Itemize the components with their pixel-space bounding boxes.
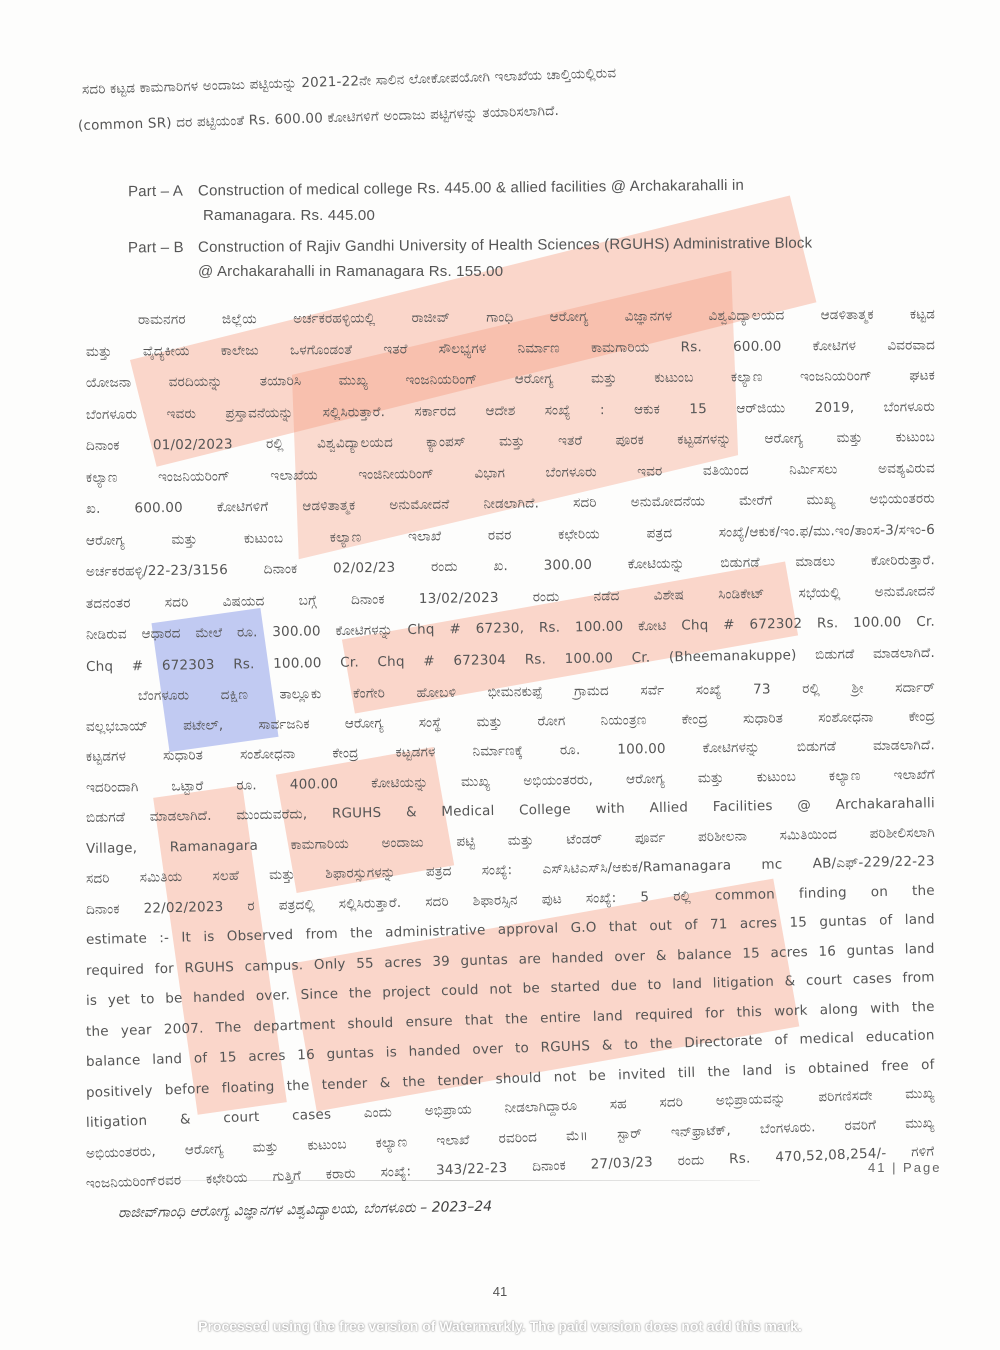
paragraph-line-text: ಮತ್ತು ವೈದ್ಯಕೀಯ ಕಾಲೇಜು ಒಳಗೊಂಡಂತೆ ಇತರೆ ಸೌಲ…: [86, 337, 935, 360]
paragraph-line: ದಿನಾಂಕ 01/02/2023 ರಲ್ಲಿ ವಿಶ್ವವಿದ್ಯಾಲಯದ ಕ…: [86, 429, 935, 454]
paragraph-line-text: ಬಿಡುಗಡೆ ಮಾಡಲಾಗಿದೆ. ಮುಂದುವರೆದು, RGUHS & M…: [86, 795, 935, 826]
page-reference: 41 | Page: [868, 1160, 941, 1175]
paragraph-line: ಕಟ್ಟಡಗಳ ಸುಧಾರಿತ ಸಂಶೋಧನಾ ಕೇಂದ್ರ ಕಟ್ಟಡಗಳ ನ…: [86, 737, 935, 765]
paragraph-line-text: Village, Ramanagara ಕಾಮಗಾರಿಯ ಅಂದಾಜು ಪಟ್ಟ…: [86, 824, 935, 856]
part-b-label: Part – B: [128, 239, 198, 256]
paragraph-line: ಕಲ್ಯಾಣ ಇಂಜನಿಯರಿಂಗ್ ಇಲಾಖೆಯ ಇಂಜಿನೀಯರಿಂಗ್ ವ…: [86, 460, 935, 486]
paragraph-line: ಅರ್ಚಕರಹಳ್ಳಿ/22-23/3156 ದಿನಾಂಕ 02/02/23 ರ…: [86, 552, 935, 580]
paragraph-line-text: ಅರ್ಚಕರಹಳ್ಳಿ/22-23/3156 ದಿನಾಂಕ 02/02/23 ರ…: [86, 552, 935, 580]
paragraph-line-text: ನೀಡಿರುವ ಆಧಾರದ ಮೇಲೆ ರೂ. 300.00 ಕೋಟಿಗಳನ್ನು…: [86, 614, 935, 643]
paragraph-line-text: Chq # 672303 Rs. 100.00 Cr. Chq # 672304…: [86, 644, 935, 674]
paragraph-line-text: ಕಲ್ಯಾಣ ಇಂಜನಿಯರಿಂಗ್ ಇಲಾಖೆಯ ಇಂಜಿನೀಯರಿಂಗ್ ವ…: [86, 460, 935, 486]
intro-line-1: ಸದರಿ ಕಟ್ಟಡ ಕಾಮಗಾರಿಗಳ ಅಂದಾಜು ಪಟ್ಟಿಯನ್ನು 2…: [82, 65, 617, 98]
paragraph-line: ರಾಮನಗರ ಜಿಲ್ಲೆಯ ಅರ್ಚಕರಹಳ್ಳಿಯಲ್ಲಿ ರಾಜೀವ್ ಗ…: [138, 306, 935, 328]
paragraph-line: ಆರೋಗ್ಯ ಮತ್ತು ಕುಟುಂಬ ಕಲ್ಯಾಣ ಇಲಾಖೆ ರವರ ಕಛೇ…: [86, 521, 935, 548]
paragraph-line: ಮತ್ತು ವೈದ್ಯಕೀಯ ಕಾಲೇಜು ಒಳಗೊಂಡಂತೆ ಇತರೆ ಸೌಲ…: [86, 337, 935, 360]
part-b: Part – BConstruction of Rajiv Gandhi Uni…: [128, 235, 812, 257]
part-a-label: Part – A: [128, 182, 198, 200]
part-b-text-2: @ Archakarahalli in Ramanagara Rs. 155.0…: [198, 263, 503, 280]
intro-text-2: (common SR) ದರ ಪಟ್ಟಿಯಂತೆ Rs. 600.00 ಕೋಟಿ…: [78, 103, 560, 134]
paragraph-line-text: ವಲ್ಲಭಬಾಯ್ ಪಟೇಲ್, ಸಾರ್ವಜನಿಕ ಆರೋಗ್ಯ ಸಂಸ್ಥೆ…: [86, 708, 935, 734]
paragraph-line-text: ದಿನಾಂಕ 01/02/2023 ರಲ್ಲಿ ವಿಶ್ವವಿದ್ಯಾಲಯದ ಕ…: [86, 429, 935, 454]
paragraph-line: Village, Ramanagara ಕಾಮಗಾರಿಯ ಅಂದಾಜು ಪಟ್ಟ…: [86, 824, 935, 856]
paragraph-line: ಬೆಂಗಳೂರು ದಕ್ಷಿಣ ತಾಲ್ಲೂಕು ಕೆಂಗೇರಿ ಹೋಬಳಿ ಭ…: [138, 680, 935, 704]
part-b-text-1: Construction of Rajiv Gandhi University …: [198, 235, 812, 256]
paragraph-line: ಇದರಿಂದಾಗಿ ಒಟ್ಟಾರೆ ರೂ. 400.00 ಕೋಟಿಯನ್ನು ಮ…: [86, 766, 935, 795]
paragraph-line: ವಲ್ಲಭಬಾಯ್ ಪಟೇಲ್, ಸಾರ್ವಜನಿಕ ಆರೋಗ್ಯ ಸಂಸ್ಥೆ…: [86, 708, 935, 734]
paragraph-line: Chq # 672303 Rs. 100.00 Cr. Chq # 672304…: [86, 644, 935, 674]
paragraph-line: ನೀಡಿರುವ ಆಧಾರದ ಮೇಲೆ ರೂ. 300.00 ಕೋಟಿಗಳನ್ನು…: [86, 614, 935, 643]
paragraph-line: ತದನಂತರ ಸದರಿ ವಿಷಯದ ಬಗ್ಗೆ ದಿನಾಂಕ 13/02/202…: [86, 583, 935, 612]
paragraph-line-text: ಬೆಂಗಳೂರು ಇವರು ಪ್ರಸ್ತಾವನೆಯನ್ನು ಸಲ್ಲಿಸಿರುತ…: [86, 398, 935, 422]
document-page: ಸದರಿ ಕಟ್ಟಡ ಕಾಮಗಾರಿಗಳ ಅಂದಾಜು ಪಟ್ಟಿಯನ್ನು 2…: [0, 0, 1000, 1350]
paragraph-line-text: ಆರೋಗ್ಯ ಮತ್ತು ಕುಟುಂಬ ಕಲ್ಯಾಣ ಇಲಾಖೆ ರವರ ಕಛೇ…: [86, 521, 935, 548]
paragraph-line: ಸದರಿ ಸಮಿತಿಯ ಸಲಹೆ ಮತ್ತು ಶಿಫಾರಸ್ಸುಗಳನ್ನು ಪ…: [86, 853, 935, 887]
watermark-notice: Processed using the free version of Wate…: [0, 1318, 1000, 1334]
part-a: Part – AConstruction of medical college …: [128, 177, 744, 200]
part-a-continued: Ramanagara. Rs. 445.00: [203, 207, 375, 224]
paragraph-line-text: ಸದರಿ ಸಮಿತಿಯ ಸಲಹೆ ಮತ್ತು ಶಿಫಾರಸ್ಸುಗಳನ್ನು ಪ…: [86, 853, 935, 887]
paragraph-line-text: ಖ. 600.00 ಕೋಟಿಗಳಿಗೆ ಆಡಳಿತಾತ್ಮಕ ಅನುಮೋದನೆ …: [86, 491, 935, 517]
paragraph-line-text: ಬೆಂಗಳೂರು ದಕ್ಷಿಣ ತಾಲ್ಲೂಕು ಕೆಂಗೇರಿ ಹೋಬಳಿ ಭ…: [138, 680, 935, 704]
paragraph-line-text: ದಿನಾಂಕ 22/02/2023 ರ ಪತ್ರದಲ್ಲಿ ಸಲ್ಲಿಸಿರುತ…: [86, 882, 935, 917]
part-a-text-1: Construction of medical college Rs. 445.…: [198, 177, 744, 200]
paragraph-line-text: ಯೋಜನಾ ವರದಿಯನ್ನು ತಯಾರಿಸಿ ಮುಖ್ಯ ಇಂಜನಿಯರಿಂಗ…: [86, 368, 935, 391]
part-b-continued: @ Archakarahalli in Ramanagara Rs. 155.0…: [198, 263, 503, 280]
intro-line-2: (common SR) ದರ ಪಟ್ಟಿಯಂತೆ Rs. 600.00 ಕೋಟಿ…: [78, 103, 560, 134]
paragraph-line: estimate :- It is Observed from the admi…: [86, 911, 935, 948]
page-number: 41: [0, 1284, 1000, 1299]
paragraph-line: ಖ. 600.00 ಕೋಟಿಗಳಿಗೆ ಆಡಳಿತಾತ್ಮಕ ಅನುಮೋದನೆ …: [86, 491, 935, 517]
paragraph-line: ಬೆಂಗಳೂರು ಇವರು ಪ್ರಸ್ತಾವನೆಯನ್ನು ಸಲ್ಲಿಸಿರುತ…: [86, 398, 935, 422]
paragraph-line-text: ತದನಂತರ ಸದರಿ ವಿಷಯದ ಬಗ್ಗೆ ದಿನಾಂಕ 13/02/202…: [86, 583, 935, 612]
paragraph-line-text: ಕಟ್ಟಡಗಳ ಸುಧಾರಿತ ಸಂಶೋಧನಾ ಕೇಂದ್ರ ಕಟ್ಟಡಗಳ ನ…: [86, 737, 935, 765]
paragraph-line: ಯೋಜನಾ ವರದಿಯನ್ನು ತಯಾರಿಸಿ ಮುಖ್ಯ ಇಂಜನಿಯರಿಂಗ…: [86, 368, 935, 391]
footer-divider: [140, 1180, 760, 1181]
paragraph-line-text: ಇದರಿಂದಾಗಿ ಒಟ್ಟಾರೆ ರೂ. 400.00 ಕೋಟಿಯನ್ನು ಮ…: [86, 766, 935, 795]
paragraph-line-text: ರಾಮನಗರ ಜಿಲ್ಲೆಯ ಅರ್ಚಕರಹಳ್ಳಿಯಲ್ಲಿ ರಾಜೀವ್ ಗ…: [138, 306, 935, 328]
paragraph-line-text: estimate :- It is Observed from the admi…: [86, 911, 935, 948]
part-a-text-2: Ramanagara. Rs. 445.00: [203, 207, 375, 224]
paragraph-line: ಬಿಡುಗಡೆ ಮಾಡಲಾಗಿದೆ. ಮುಂದುವರೆದು, RGUHS & M…: [86, 795, 935, 826]
footer-university-title: ರಾಜೀವ್‌ಗಾಂಧಿ ಆರೋಗ್ಯ ವಿಜ್ಞಾನಗಳ ವಿಶ್ವವಿದ್ಯ…: [118, 1199, 492, 1222]
intro-text-1: ಸದರಿ ಕಟ್ಟಡ ಕಾಮಗಾರಿಗಳ ಅಂದಾಜು ಪಟ್ಟಿಯನ್ನು 2…: [82, 65, 617, 98]
paragraph-line: ದಿನಾಂಕ 22/02/2023 ರ ಪತ್ರದಲ್ಲಿ ಸಲ್ಲಿಸಿರುತ…: [86, 882, 935, 917]
